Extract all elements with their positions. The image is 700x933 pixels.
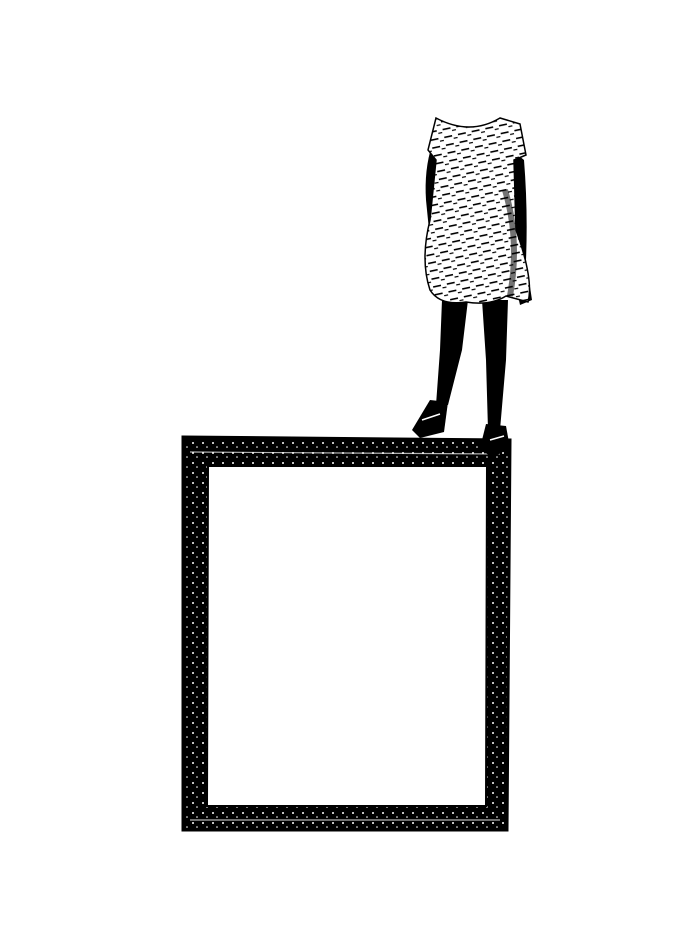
picture-frame [183,437,510,830]
left-shoe [412,400,448,438]
artwork-canvas [0,0,700,933]
right-leg [482,300,508,430]
headless-girl-figure [412,118,532,458]
left-leg [436,300,468,405]
